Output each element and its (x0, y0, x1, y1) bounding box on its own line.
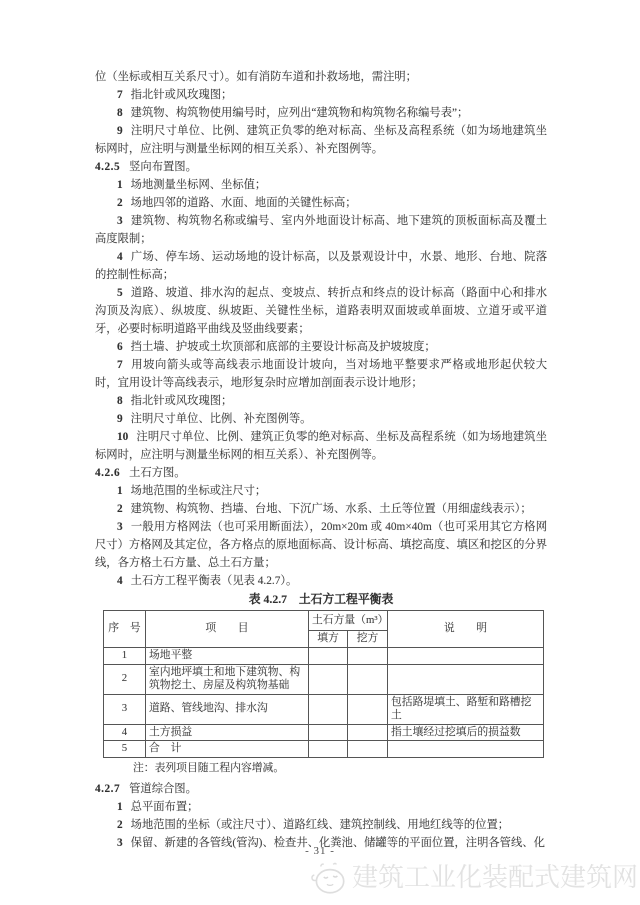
item-text: 一般用方格网法（也可采用断面法），20m×20m 或 40m×40m（也可采用其… (95, 521, 547, 569)
item-text: 场地范围的坐标或注尺寸； (131, 485, 267, 497)
item-number: 9 (117, 125, 123, 137)
cell-cut (348, 648, 388, 665)
section-heading-4-2-5: 4.2.5竖向布置图。 (95, 158, 547, 176)
item-text: 总平面布置； (131, 801, 199, 813)
cell-fill (309, 664, 348, 694)
item-text: 土石方工程平衡表（见表 4.2.7）。 (131, 575, 298, 587)
item-number: 1 (117, 179, 123, 191)
item-text: 建筑物、构筑物使用编号时，应列出“建筑物和构筑物名称编号表”； (131, 107, 469, 119)
list-item: 1总平面布置； (95, 798, 547, 816)
item-number: 3 (117, 215, 123, 227)
item-number: 2 (117, 819, 123, 831)
item-text: 指北针或风玫瑰图； (131, 395, 233, 407)
list-item: 6挡土墙、护坡或土坎顶部和底部的主要设计标高及护坡坡度； (95, 338, 547, 356)
item-text: 场地四邻的道路、水面、地面的关键性标高； (131, 197, 357, 209)
section-heading-4-2-6: 4.2.6土石方图。 (95, 464, 547, 482)
list-item: 2场地范围的坐标（或注尺寸）、道路红线、建筑控制线、用地红线等的位置； (95, 816, 547, 834)
col-header-item: 项 目 (146, 611, 309, 648)
list-item: 2场地四邻的道路、水面、地面的关键性标高； (95, 194, 547, 212)
item-number: 2 (117, 197, 123, 209)
col-header-volume: 土石方量（m³） (309, 611, 388, 631)
item-number: 4 (117, 251, 123, 263)
cell-note: 指土壤经过挖填后的损益数 (388, 724, 544, 741)
section-title: 管道综合图。 (129, 783, 197, 795)
item-number: 1 (117, 485, 123, 497)
item-text: 建筑物、构筑物、挡墙、台地、下沉广场、水系、土丘等位置（用细虚线表示）； (131, 503, 532, 515)
col-header-fill: 填方 (309, 631, 348, 648)
list-item: 8建筑物、构筑物使用编号时，应列出“建筑物和构筑物名称编号表”； (95, 104, 547, 122)
item-number: 4 (117, 575, 123, 587)
paragraph-continuation: 位（坐标或相互关系尺寸）。如有消防车道和扑救场地，需注明； (95, 68, 547, 86)
item-number: 5 (117, 287, 123, 299)
list-item: 2建筑物、构筑物、挡墙、台地、下沉广场、水系、土丘等位置（用细虚线表示）； (95, 500, 547, 518)
item-number: 7 (117, 89, 123, 101)
document-page: 位（坐标或相互关系尺寸）。如有消防车道和扑救场地，需注明； 7指北针或风玫瑰图；… (95, 68, 547, 852)
cell-note (388, 741, 544, 758)
cell-item: 室内地坪填土和地下建筑物、构筑物挖土、房屋及构筑物基础 (146, 664, 309, 694)
list-item: 4广场、停车场、运动场地的设计标高，以及景观设计中，水景、地形、台地、院落的控制… (95, 248, 547, 284)
item-number: 6 (117, 341, 123, 353)
list-item: 9注明尺寸单位、比例、补充图例等。 (95, 410, 547, 428)
cell-fill (309, 648, 348, 665)
table-title: 表 4.2.7 土石方工程平衡表 (95, 591, 547, 608)
list-item: 1场地测量坐标网、坐标值； (95, 176, 547, 194)
list-item: 8指北针或风玫瑰图； (95, 392, 547, 410)
item-text: 指北针或风玫瑰图； (131, 89, 233, 101)
list-item: 9注明尺寸单位、比例、建筑正负零的绝对标高、坐标及高程系统（如为场地建筑坐标网时… (95, 122, 547, 158)
cell-fill (309, 694, 348, 724)
cell-item: 道路、管线地沟、排水沟 (146, 694, 309, 724)
table-row: 1 场地平整 (104, 648, 544, 665)
table-row: 5 合 计 (104, 741, 544, 758)
cell-cut (348, 741, 388, 758)
section-number: 4.2.7 (95, 783, 120, 795)
cell-cut (348, 724, 388, 741)
item-number: 8 (117, 395, 123, 407)
table-row: 4 土方损益 指土壤经过挖填后的损益数 (104, 724, 544, 741)
cell-fill (309, 741, 348, 758)
col-header-no: 序 号 (104, 611, 146, 648)
list-item: 1场地范围的坐标或注尺寸； (95, 482, 547, 500)
mascot-logo-icon (308, 856, 350, 898)
table-row: 2 室内地坪填土和地下建筑物、构筑物挖土、房屋及构筑物基础 (104, 664, 544, 694)
paragraph-text: 位（坐标或相互关系尺寸）。如有消防车道和扑救场地，需注明； (95, 71, 417, 83)
item-text: 场地测量坐标网、坐标值； (131, 179, 267, 191)
cell-cut (348, 664, 388, 694)
cell-cut (348, 694, 388, 724)
watermark: 建筑工业化装配式建筑网 (308, 856, 638, 898)
item-number: 8 (117, 107, 123, 119)
col-header-note: 说 明 (388, 611, 544, 648)
list-item: 4土石方工程平衡表（见表 4.2.7）。 (95, 572, 547, 590)
list-item: 7指北针或风玫瑰图； (95, 86, 547, 104)
cell-item: 场地平整 (146, 648, 309, 665)
section-number: 4.2.5 (95, 161, 120, 173)
table-header-row: 序 号 项 目 土石方量（m³） 说 明 (104, 611, 544, 631)
page-number: - 31 - (0, 845, 640, 857)
list-item: 3一般用方格网法（也可采用断面法），20m×20m 或 40m×40m（也可采用… (95, 518, 547, 572)
item-text: 注明尺寸单位、比例、补充图例等。 (131, 413, 312, 425)
col-header-cut: 挖方 (348, 631, 388, 648)
item-number: 7 (117, 359, 123, 371)
table-footnote: 注：表列项目随工程内容增减。 (133, 761, 547, 776)
item-number: 9 (117, 413, 123, 425)
item-text: 建筑物、构筑物名称或编号、室内外地面设计标高、地下建筑的顶板面标高及覆土高度限制… (95, 215, 547, 245)
list-item: 7用坡向箭头或等高线表示地面设计坡向，当对场地平整要求严格或地形起伏较大时，宜用… (95, 356, 547, 392)
list-item: 10注明尺寸单位、比例、建筑正负零的绝对标高、坐标及高程系统（如为场地建筑坐标网… (95, 428, 547, 464)
cell-no: 1 (104, 648, 146, 665)
earthwork-balance-table: 序 号 项 目 土石方量（m³） 说 明 填方 挖方 1 场地平整 2 室内地坪… (103, 610, 544, 758)
cell-item: 土方损益 (146, 724, 309, 741)
item-text: 注明尺寸单位、比例、建筑正负零的绝对标高、坐标及高程系统（如为场地建筑坐标网时，… (95, 431, 547, 461)
cell-note (388, 664, 544, 694)
list-item: 3建筑物、构筑物名称或编号、室内外地面设计标高、地下建筑的顶板面标高及覆土高度限… (95, 212, 547, 248)
section-title: 土石方图。 (129, 467, 186, 479)
item-text: 广场、停车场、运动场地的设计标高，以及景观设计中，水景、地形、台地、院落的控制性… (95, 251, 547, 281)
item-number: 10 (117, 431, 128, 443)
cell-no: 5 (104, 741, 146, 758)
item-text: 场地范围的坐标（或注尺寸）、道路红线、建筑控制线、用地红线等的位置； (131, 819, 509, 831)
item-number: 3 (117, 521, 123, 533)
section-title: 竖向布置图。 (129, 161, 197, 173)
item-number: 2 (117, 503, 123, 515)
item-text: 挡土墙、护坡或土坎顶部和底部的主要设计标高及护坡坡度； (131, 341, 436, 353)
item-text: 注明尺寸单位、比例、建筑正负零的绝对标高、坐标及高程系统（如为场地建筑坐标网时，… (95, 125, 547, 155)
list-item: 5道路、坡道、排水沟的起点、变坡点、转折点和终点的设计标高（路面中心和排水沟顶及… (95, 284, 547, 338)
item-number: 1 (117, 801, 123, 813)
cell-no: 2 (104, 664, 146, 694)
cell-fill (309, 724, 348, 741)
item-text: 用坡向箭头或等高线表示地面设计坡向，当对场地平整要求严格或地形起伏较大时，宜用设… (95, 359, 547, 389)
cell-note: 包括路堤填土、路堑和路槽挖土 (388, 694, 544, 724)
cell-no: 4 (104, 724, 146, 741)
watermark-text: 建筑工业化装配式建筑网 (352, 857, 638, 897)
section-number: 4.2.6 (95, 467, 120, 479)
table-row: 3 道路、管线地沟、排水沟 包括路堤填土、路堑和路槽挖土 (104, 694, 544, 724)
cell-no: 3 (104, 694, 146, 724)
cell-note (388, 648, 544, 665)
item-text: 道路、坡道、排水沟的起点、变坡点、转折点和终点的设计标高（路面中心和排水沟顶及沟… (95, 287, 547, 335)
section-heading-4-2-7: 4.2.7管道综合图。 (95, 780, 547, 798)
cell-item: 合 计 (146, 741, 309, 758)
